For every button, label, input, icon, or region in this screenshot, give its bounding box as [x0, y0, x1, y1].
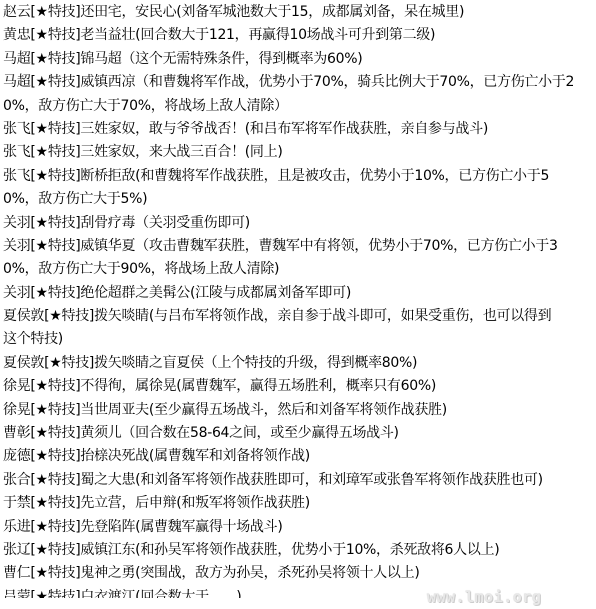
text-line: 马超[★特技]锦马超（这个无需特殊条件，得到概率为60%) — [3, 48, 596, 71]
text-line: 曹彰[★特技]黄须儿（回合数在58-64之间，或至少赢得五场战斗) — [3, 422, 596, 445]
text-line: 张飞[★特技]三姓家奴，来大战三百合！(同上) — [3, 141, 596, 164]
text-line: 庞德[★特技]抬榇决死战(属曹魏军和刘备将领作战) — [3, 445, 596, 468]
document-body: 赵云[★特技]还田宅，安民心(刘备军城池数大于15，成都属刘备，呆在城里) 黄忠… — [3, 1, 596, 598]
text-line: 夏侯敦[★特技]拨矢啖睛(与吕布军将领作战，亲自参于战斗即可，如果受重伤，也可以… — [3, 305, 596, 328]
text-line: 徐晃[★特技]当世周亚夫(至少赢得五场战斗，然后和刘备军将领作战获胜) — [3, 399, 596, 422]
text-line: 黄忠[★特技]老当益壮(回合数大于121，再赢得10场战斗可升到第二级) — [3, 24, 596, 47]
text-line: 张辽[★特技]威镇江东(和孙吴军将领作战获胜，优势小于10%，杀死敌将6人以上) — [3, 539, 596, 562]
text-line: 夏侯敦[★特技]拨矢啖睛之盲夏侯（上个特技的升级，得到概率80%) — [3, 352, 596, 375]
text-line: 0%，敌方伤亡大于5%) — [3, 188, 596, 211]
text-line: 赵云[★特技]还田宅，安民心(刘备军城池数大于15，成都属刘备，呆在城里) — [3, 1, 596, 24]
text-line: 关羽[★特技]威镇华夏（攻击曹魏军获胜，曹魏军中有将领，优势小于70%，已方伤亡… — [3, 235, 596, 258]
text-line: 这个特技) — [3, 328, 596, 351]
text-line: 0%，敌方伤亡大于90%，将战场上敌人清除) — [3, 258, 596, 281]
text-line: 徐晃[★特技]不得徇，属徐晃(属曹魏军，赢得五场胜利，概率只有60%) — [3, 375, 596, 398]
text-line: 马超[★特技]威镇西凉（和曹魏将军作战，优势小于70%，骑兵比例大于70%，已方… — [3, 71, 596, 94]
text-line: 关羽[★特技]刮骨疗毒（关羽受重伤即可) — [3, 212, 596, 235]
text-line: 乐进[★特技]先登陷阵(属曹魏军赢得十场战斗) — [3, 516, 596, 539]
text-line: 曹仁[★特技]鬼神之勇(突围战，敌方为孙吴，杀死孙吴将领十人以上) — [3, 562, 596, 585]
text-line: 0%，敌方伤亡大于70%，将战场上敌人清除） — [3, 95, 596, 118]
text-line: 于禁[★特技]先立营，后申辩(和叛军将领作战获胜) — [3, 492, 596, 515]
text-line: 关羽[★特技]绝伦超群之美髯公(江陵与成都属刘备军即可) — [3, 282, 596, 305]
text-line: 张飞[★特技]三姓家奴，敢与爷爷战否！(和吕布军将军作战获胜，亲自参与战斗) — [3, 118, 596, 141]
text-line: 张飞[★特技]断桥拒敌(和曹魏将军作战获胜，且是被攻击，优势小于10%，已方伤亡… — [3, 165, 596, 188]
text-line: 张合[★特技]蜀之大患(和刘备军将领作战获胜即可，和刘璋军或张鲁军将领作战获胜也… — [3, 469, 596, 492]
watermark: www.lmoi.org — [427, 588, 541, 606]
